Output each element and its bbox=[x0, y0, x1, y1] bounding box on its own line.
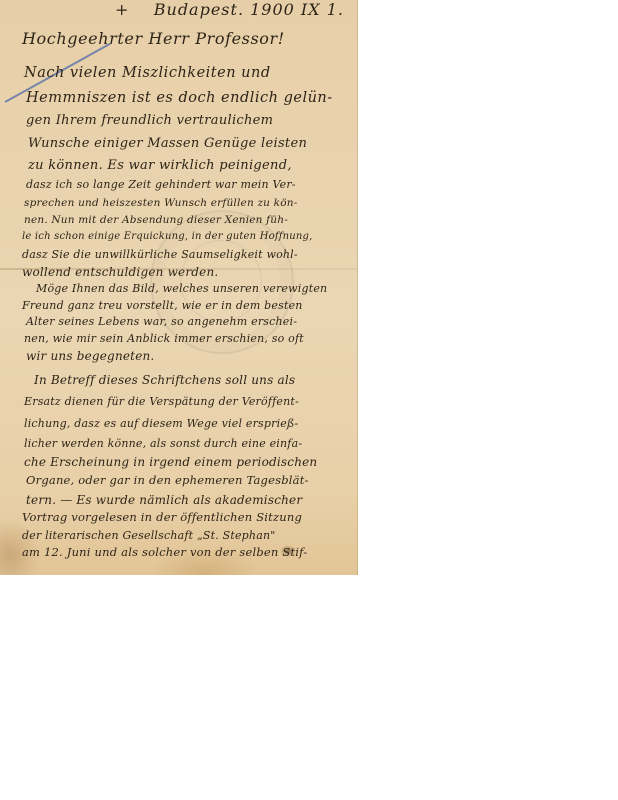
letter-line: am 12. Juni und als solcher von der selb… bbox=[22, 547, 307, 559]
letter-line: lichung, dasz es auf diesem Wege viel er… bbox=[24, 418, 298, 429]
letter-line: Organe, oder gar in den ephemeren Tagesb… bbox=[26, 475, 309, 487]
letter-page: + Budapest. 1900 IX 1. Hochgeehrter Herr… bbox=[0, 0, 358, 575]
letter-line: tern. — Es wurde nämlich als akademische… bbox=[26, 494, 302, 506]
letter-line: Wunsche einiger Massen Genüge leisten bbox=[28, 137, 307, 150]
letter-line: Freund ganz treu vorstellt, wie er in de… bbox=[22, 300, 303, 311]
letter-line: Ersatz dienen für die Verspätung der Ver… bbox=[24, 396, 299, 407]
letter-line: Möge Ihnen das Bild, welches unseren ver… bbox=[36, 283, 327, 294]
letter-line: In Betreff dieses Schriftchens soll uns … bbox=[34, 374, 295, 386]
letter-line: zu können. Es war wirklich peinigend, bbox=[28, 159, 292, 172]
letter-line: nen, wie mir sein Anblick immer erschien… bbox=[24, 333, 304, 344]
letter-line: der literarischen Gesellschaft „St. Step… bbox=[22, 530, 276, 541]
letter-dateline: + Budapest. 1900 IX 1. bbox=[115, 2, 344, 18]
letter-line: le ich schon einige Erquickung, in der g… bbox=[22, 232, 313, 242]
letter-line: Hemmniszen ist es doch endlich gelün- bbox=[26, 91, 333, 106]
letter-line: wir uns begegneten. bbox=[26, 350, 154, 362]
letter-line: che Erscheinung in irgend einem periodis… bbox=[24, 456, 317, 468]
letter-line: gen Ihrem freundlich vertraulichem bbox=[26, 114, 273, 127]
letter-line: dasz ich so lange Zeit gehindert war mei… bbox=[26, 179, 296, 190]
letter-line: sprechen und heiszesten Wunsch erfüllen … bbox=[24, 198, 297, 209]
place-and-date: Budapest. 1900 IX 1. bbox=[154, 0, 344, 19]
document-viewer: + Budapest. 1900 IX 1. Hochgeehrter Herr… bbox=[0, 0, 618, 800]
letter-salutation: Hochgeehrter Herr Professor! bbox=[22, 31, 285, 47]
letter-line: nen. Nun mit der Absendung dieser Xenien… bbox=[24, 215, 288, 226]
letter-line: Nach vielen Miszlichkeiten und bbox=[24, 66, 271, 81]
letter-line: Vortrag vorgelesen in der öffentlichen S… bbox=[22, 512, 302, 524]
letter-line: dasz Sie die unwillkürliche Saumseligkei… bbox=[22, 249, 298, 260]
letter-line: wollend entschuldigen werden. bbox=[22, 266, 218, 278]
cross-mark: + bbox=[115, 0, 129, 19]
letter-line: Alter seines Lebens war, so angenehm ers… bbox=[26, 316, 297, 327]
letter-line: licher werden könne, als sonst durch ein… bbox=[24, 438, 302, 449]
